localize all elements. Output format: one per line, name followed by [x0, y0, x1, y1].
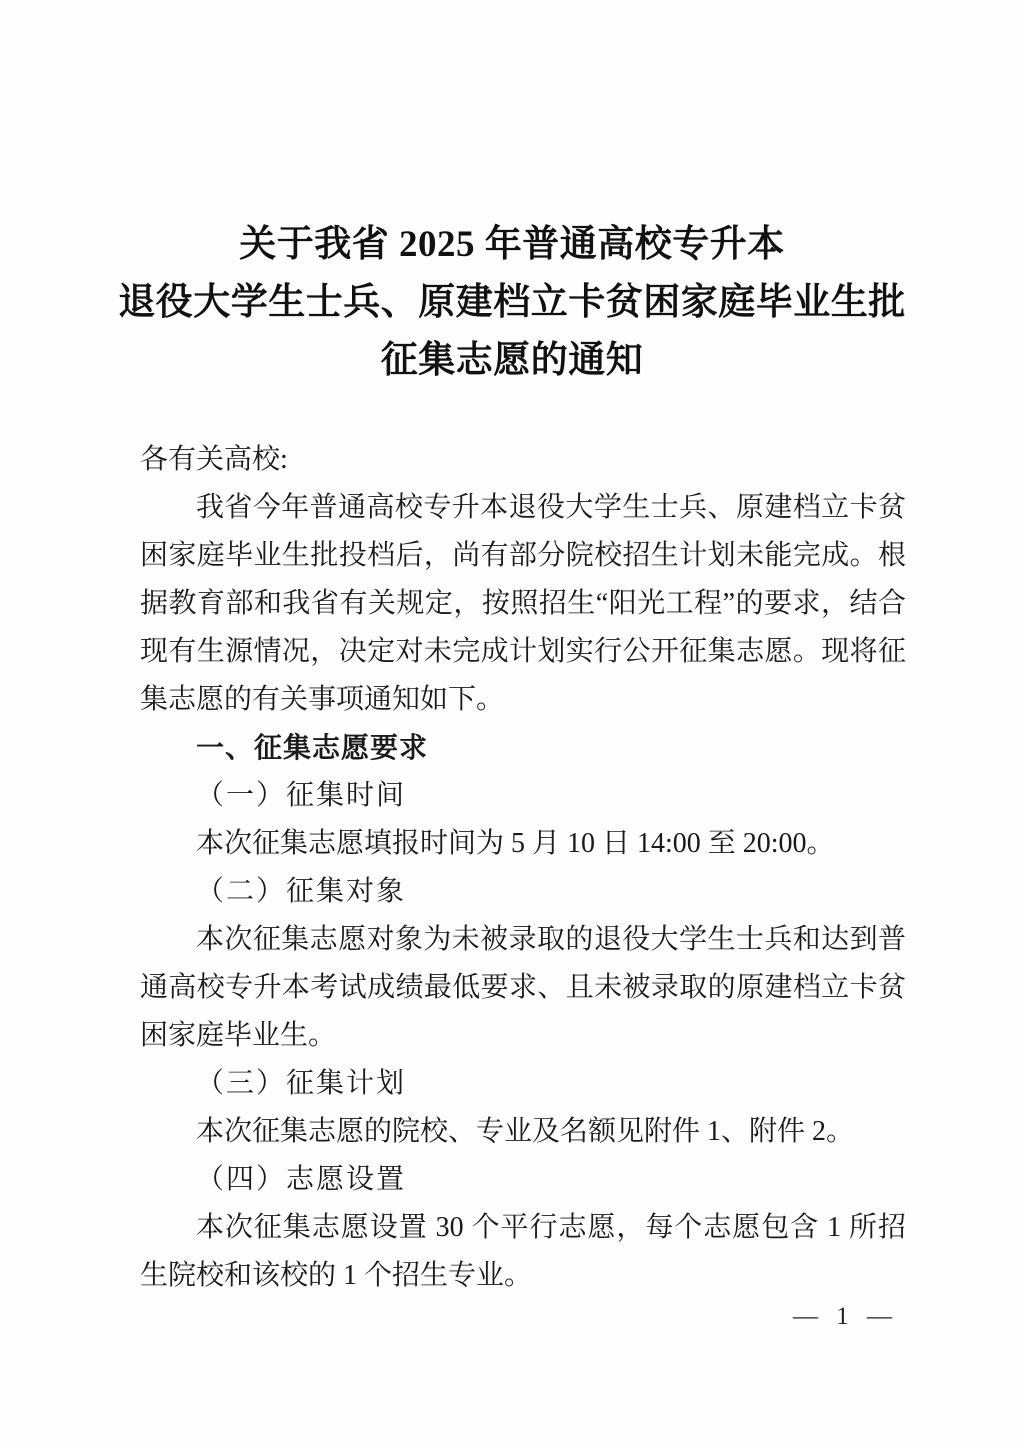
paragraph-setup: 本次征集志愿设置 30 个平行志愿，每个志愿包含 1 所招生院校和该校的 1 个… — [140, 1204, 906, 1300]
title-line-3: 征集志愿的通知 — [60, 332, 964, 390]
document-title: 关于我省 2025 年普通高校专升本 退役大学生士兵、原建档立卡贫困家庭毕业生批… — [60, 216, 964, 390]
subsection-heading-4: （四）志愿设置 — [140, 1156, 906, 1204]
title-line-2: 退役大学生士兵、原建档立卡贫困家庭毕业生批 — [60, 274, 964, 332]
paragraph-intro: 我省今年普通高校专升本退役大学生士兵、原建档立卡贫困家庭毕业生批投档后，尚有部分… — [140, 484, 906, 724]
subsection-heading-3: （三）征集计划 — [140, 1060, 906, 1108]
document-body: 各有关高校: 我省今年普通高校专升本退役大学生士兵、原建档立卡贫困家庭毕业生批投… — [140, 436, 906, 1300]
section-heading-1: 一、征集志愿要求 — [140, 724, 906, 772]
salutation: 各有关高校: — [140, 436, 906, 484]
subsection-heading-2: （二）征集对象 — [140, 868, 906, 916]
paragraph-time: 本次征集志愿填报时间为 5 月 10 日 14:00 至 20:00。 — [140, 820, 906, 868]
document-page: 关于我省 2025 年普通高校专升本 退役大学生士兵、原建档立卡贫困家庭毕业生批… — [0, 0, 1024, 1448]
page-number: — 1 — — [793, 1303, 898, 1331]
title-line-1: 关于我省 2025 年普通高校专升本 — [60, 216, 964, 274]
subsection-heading-1: （一）征集时间 — [140, 772, 906, 820]
paragraph-plan: 本次征集志愿的院校、专业及名额见附件 1、附件 2。 — [140, 1108, 906, 1156]
paragraph-target: 本次征集志愿对象为未被录取的退役大学生士兵和达到普通高校专升本考试成绩最低要求、… — [140, 916, 906, 1060]
